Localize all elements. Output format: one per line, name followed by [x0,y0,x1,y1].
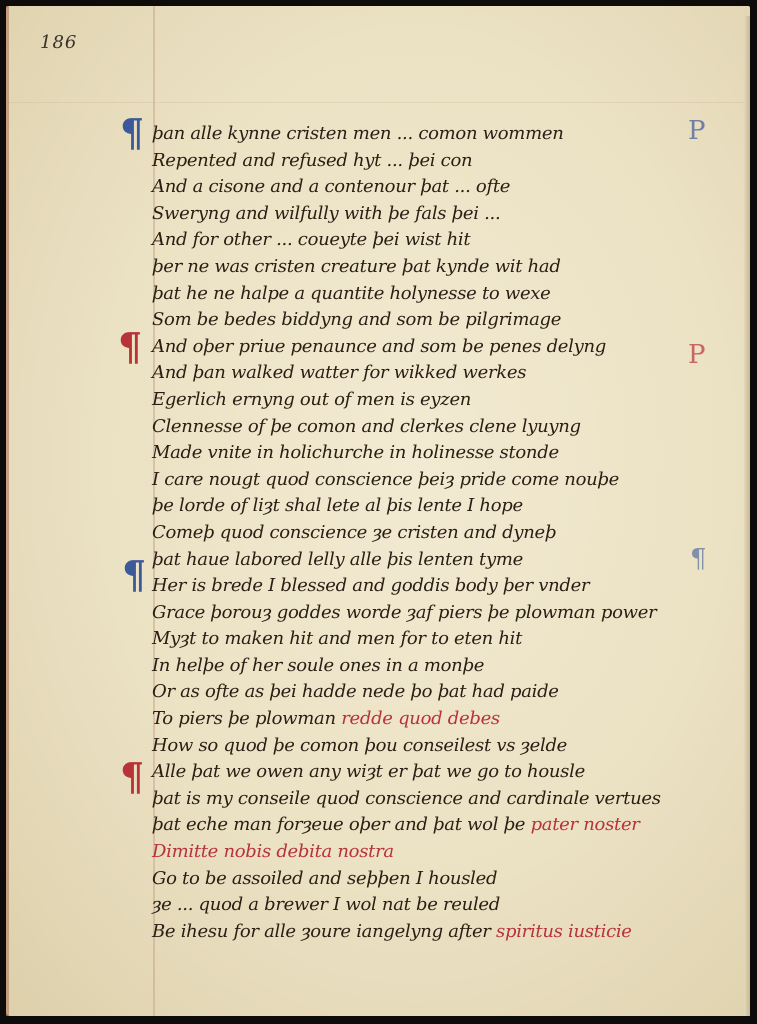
text-line: Alle þat we owen any wiȝt er þat we go t… [152,759,742,786]
text-line: Grace þorouȝ goddes worde ȝaf piers þe p… [152,600,742,627]
text-line: þe lorde of liȝt shal lete al þis lente … [152,493,742,520]
red-paraph-initial: ¶ [120,758,144,796]
text-line: þer ne was cristen creature þat kynde wi… [152,254,742,281]
manuscript-page: 186 ¶ ¶ ¶ ¶ P P ¶ þan alle kynne cristen… [6,6,750,1016]
text-line: How so quod þe comon þou conseilest vs ȝ… [152,733,742,760]
text-line: Comeþ quod conscience ȝe cristen and dyn… [152,520,742,547]
text-line: Made vnite in holichurche in holinesse s… [152,440,742,467]
text-line: Clennesse of þe comon and clerkes clene … [152,414,742,441]
text-line: And for other ... coueyte þei wist hit [152,227,742,254]
rubric: spiritus iusticie [496,921,632,942]
rubric: pater noster [531,814,640,835]
text-line: And oþer priue penaunce and som be penes… [152,334,742,361]
text-line: Dimitte nobis debita nostra [152,839,742,866]
folio-number: 186 [40,32,77,53]
text-line: Go to be assoiled and seþþen I housled [152,866,742,893]
text-line: Som be bedes biddyng and som be pilgrima… [152,307,742,334]
text-line: Her is brede I blessed and goddis body þ… [152,573,742,600]
rubric: Dimitte nobis debita nostra [152,841,394,862]
blue-paraph-initial: ¶ [120,114,144,152]
text-line: þan alle kynne cristen men ... comon wom… [152,121,742,148]
text-line: ȝe ... quod a brewer I wol nat be reuled [152,892,742,919]
text-line: Be ihesu for alle ȝoure iangelyng after … [152,919,742,946]
margin-rule-top [6,102,750,103]
text-line: And þan walked watter for wikked werkes [152,360,742,387]
text-block: þan alle kynne cristen men ... comon wom… [152,121,742,945]
text-line: And a cisone and a contenour þat ... oft… [152,174,742,201]
text-line: Sweryng and wilfully with þe fals þei ..… [152,201,742,228]
text-line: Or as ofte as þei hadde nede þo þat had … [152,679,742,706]
text-line: Myȝt to maken hit and men for to eten hi… [152,626,742,653]
text-line: To piers þe plowman redde quod debes [152,706,742,733]
text-line: þat haue labored lelly alle þis lenten t… [152,547,742,574]
text-line: I care nougt quod conscience þeiȝ pride … [152,467,742,494]
text-line: þat is my conseile quod conscience and c… [152,786,742,813]
text-line: Egerlich ernyng out of men is eyzen [152,387,742,414]
text-line: In helþe of her soule ones in a monþe [152,653,742,680]
red-paraph-initial: ¶ [118,328,142,366]
text-line: Repented and refused hyt ... þei con [152,148,742,175]
rubric: redde quod debes [341,708,500,729]
text-line: þat eche man forȝeue oþer and þat wol þe… [152,812,742,839]
blue-paraph-initial: ¶ [122,556,146,594]
text-line: þat he ne halpe a quantite holynesse to … [152,281,742,308]
